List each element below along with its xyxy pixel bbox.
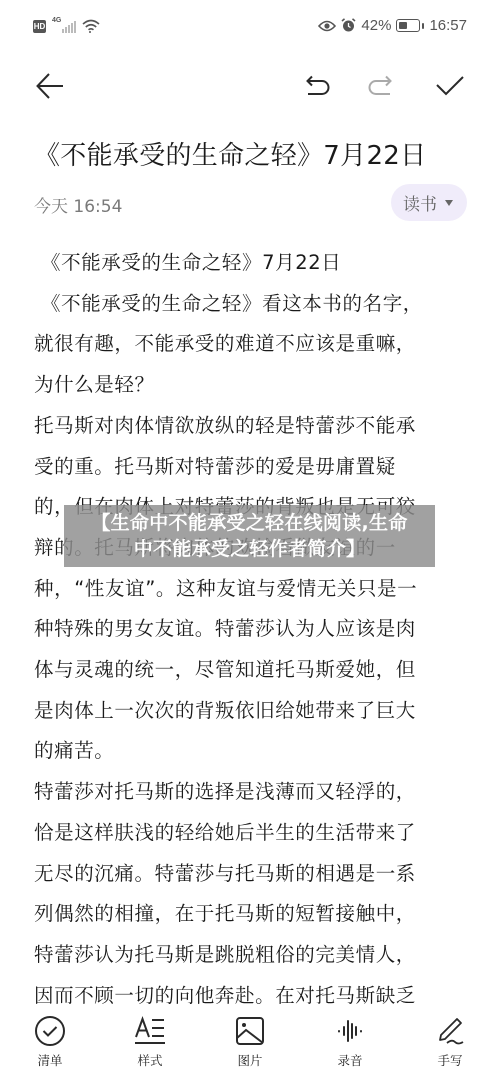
note-line: 托马斯对肉体情欲放纵的轻是特蕾莎不能承 [34, 406, 470, 447]
watermark-line-2: 中不能承受之轻作者简介】 [134, 536, 366, 562]
note-timestamp: 今天 16:54 [34, 192, 122, 217]
note-title[interactable]: 《不能承受的生命之轻》7月22日 [34, 135, 426, 172]
hd-icon: HD [33, 20, 46, 33]
battery-tip [422, 23, 424, 29]
note-line: 种，“性友谊”。这种友谊与爱情无关只是一 [34, 569, 470, 610]
redo-icon [366, 74, 394, 98]
note-line: 的痛苦。 [34, 731, 470, 772]
note-line: 列偶然的相撞，在于托马斯的短暂接触中， [34, 894, 470, 935]
audio-record-button[interactable]: 录音 [300, 1010, 400, 1074]
undo-button[interactable] [298, 66, 338, 106]
note-line: 为什么是轻？ [34, 365, 470, 406]
note-body[interactable]: 《不能承受的生命之轻》7月22日 《不能承受的生命之轻》看这本书的名字， 就很有… [34, 243, 470, 1016]
text-style-label: 样式 [137, 1051, 162, 1069]
undo-icon [304, 74, 332, 98]
category-label: 读书 [403, 190, 437, 215]
note-line: 《不能承受的生命之轻》7月22日 [34, 243, 470, 284]
network-type-label: 4G [52, 17, 61, 24]
alarm-icon [341, 18, 356, 33]
checklist-label: 清单 [37, 1051, 62, 1069]
clock-time: 16:57 [429, 17, 467, 34]
text-style-icon [134, 1015, 166, 1047]
handwriting-button[interactable]: 手写 [400, 1010, 500, 1074]
image-label: 图片 [237, 1051, 262, 1069]
wifi-icon [82, 19, 100, 33]
note-line: 就很有趣，不能承受的难道不应该是重嘛， [34, 324, 470, 365]
editor-toolbar [0, 56, 500, 116]
note-line: 种特殊的男女友谊。特蕾莎认为人应该是肉 [34, 609, 470, 650]
image-icon [235, 1016, 265, 1046]
cellular-signal-icon: 4G [52, 19, 76, 33]
status-right-icons: 42% 16:57 [318, 17, 467, 34]
note-line: 特蕾莎认为托马斯是跳脱粗俗的完美情人， [34, 935, 470, 976]
battery-icon [396, 19, 420, 32]
note-line: 体与灵魂的统一，尽管知道托马斯爱她，但 [34, 650, 470, 691]
check-icon [435, 74, 465, 98]
note-line: 恰是这样肤浅的轻给她后半生的生活带来了 [34, 813, 470, 854]
image-button[interactable]: 图片 [200, 1010, 300, 1074]
checklist-button[interactable]: 清单 [0, 1010, 100, 1074]
note-line: 无尽的沉痛。特蕾莎与托马斯的相遇是一系 [34, 854, 470, 895]
status-bar: HD 4G 42% 16:57 [0, 0, 500, 56]
note-line: 特蕾莎对托马斯的选择是浅薄而又轻浮的， [34, 772, 470, 813]
back-button[interactable] [30, 66, 70, 106]
dropdown-arrow-icon [445, 200, 453, 206]
arrow-left-icon [35, 71, 65, 101]
eye-icon [318, 20, 336, 32]
audio-record-label: 录音 [337, 1051, 362, 1069]
watermark-line-1: 【生命中不能承受之轻在线阅读,生命 [91, 510, 407, 536]
category-dropdown[interactable]: 读书 [391, 184, 467, 221]
handwriting-icon [435, 1016, 465, 1046]
note-line: 受的重。托马斯对特蕾莎的爱是毋庸置疑 [34, 447, 470, 488]
battery-percent: 42% [361, 17, 391, 34]
audio-record-icon [335, 1016, 365, 1046]
confirm-button[interactable] [430, 66, 470, 106]
status-left-icons: HD 4G [33, 19, 100, 33]
watermark-banner: 【生命中不能承受之轻在线阅读,生命 中不能承受之轻作者简介】 [64, 505, 435, 567]
checklist-icon [34, 1015, 66, 1047]
redo-button[interactable] [360, 66, 400, 106]
note-line: 《不能承受的生命之轻》看这本书的名字， [34, 284, 470, 325]
handwriting-label: 手写 [437, 1051, 462, 1069]
note-line: 是肉体上一次次的背叛依旧给她带来了巨大 [34, 691, 470, 732]
bottom-toolbar: 清单 样式 图片 录音 [0, 1010, 500, 1074]
text-style-button[interactable]: 样式 [100, 1010, 200, 1074]
